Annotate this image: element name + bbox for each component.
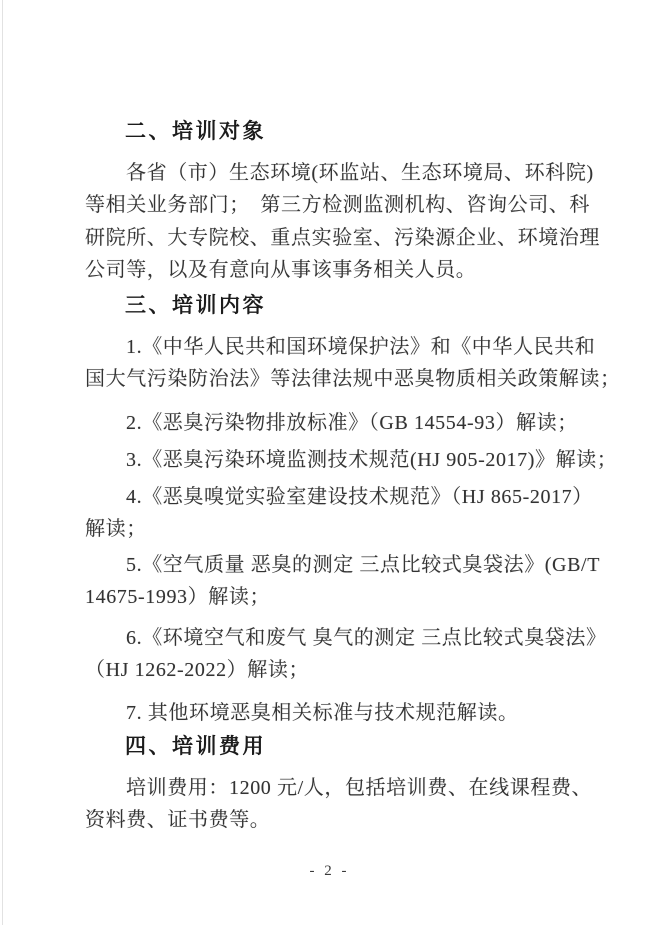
heading-training-content: 三、培训内容 (125, 292, 266, 320)
content-item-3: 3.《恶臭污染环境监测技术规范(HJ 905-2017)》解读； (85, 444, 577, 476)
content-item-line: 4.《恶臭嗅觉实验室建设技术规范》（HJ 865-2017） (85, 481, 577, 513)
training-fee-paragraph: 培训费用：1200 元/人，包括培训费、在线课程费、 资料费、证书费等。 (85, 772, 577, 837)
paragraph-line: 培训费用：1200 元/人，包括培训费、在线课程费、 (85, 772, 577, 804)
heading-training-targets: 二、培训对象 (125, 118, 266, 146)
content-item-line: 国大气污染防治法》等法律法规中恶臭物质相关政策解读； (85, 363, 577, 395)
paragraph-line: 资料费、证书费等。 (85, 804, 577, 836)
page-number: - 2 - (0, 861, 659, 881)
content-item-7: 7. 其他环境恶臭相关标准与技术规范解读。 (85, 697, 577, 729)
content-item-1: 1.《中华人民共和国环境保护法》和《中华人民共和 国大气污染防治法》等法律法规中… (85, 331, 577, 396)
content-item-2: 2.《恶臭污染物排放标准》（GB 14554-93）解读； (85, 407, 577, 439)
content-item-line: 6.《环境空气和废气 臭气的测定 三点比较式臭袋法》 (85, 622, 577, 654)
paragraph-line: 公司等，以及有意向从事该事务相关人员。 (85, 254, 577, 286)
content-item-line: 7. 其他环境恶臭相关标准与技术规范解读。 (85, 697, 577, 729)
content-item-line: 14675-1993）解读； (85, 581, 577, 613)
content-item-line: 解读； (85, 513, 577, 545)
paragraph-line: 研院所、大专院校、重点实验室、污染源企业、环境治理 (85, 222, 577, 254)
content-item-6: 6.《环境空气和废气 臭气的测定 三点比较式臭袋法》 （HJ 1262-2022… (85, 622, 577, 687)
paragraph-line: 各省（市）生态环境(环监站、生态环境局、环科院) (85, 157, 577, 189)
content-item-line: 3.《恶臭污染环境监测技术规范(HJ 905-2017)》解读； (85, 444, 577, 476)
training-targets-paragraph: 各省（市）生态环境(环监站、生态环境局、环科院) 等相关业务部门； 第三方检测监… (85, 157, 577, 287)
content-item-4: 4.《恶臭嗅觉实验室建设技术规范》（HJ 865-2017） 解读； (85, 481, 577, 546)
heading-training-fee: 四、培训费用 (125, 733, 266, 761)
content-item-line: 1.《中华人民共和国环境保护法》和《中华人民共和 (85, 331, 577, 363)
content-item-5: 5.《空气质量 恶臭的测定 三点比较式臭袋法》(GB/T 14675-1993）… (85, 549, 577, 614)
content-item-line: 2.《恶臭污染物排放标准》（GB 14554-93）解读； (85, 407, 577, 439)
paragraph-line: 等相关业务部门； 第三方检测监测机构、咨询公司、科 (85, 189, 577, 221)
content-item-line: （HJ 1262-2022）解读； (85, 654, 577, 686)
scan-edge-artifact (2, 0, 3, 925)
document-page: { "page": { "background": "#ffffff", "te… (0, 0, 659, 925)
content-item-line: 5.《空气质量 恶臭的测定 三点比较式臭袋法》(GB/T (85, 549, 577, 581)
